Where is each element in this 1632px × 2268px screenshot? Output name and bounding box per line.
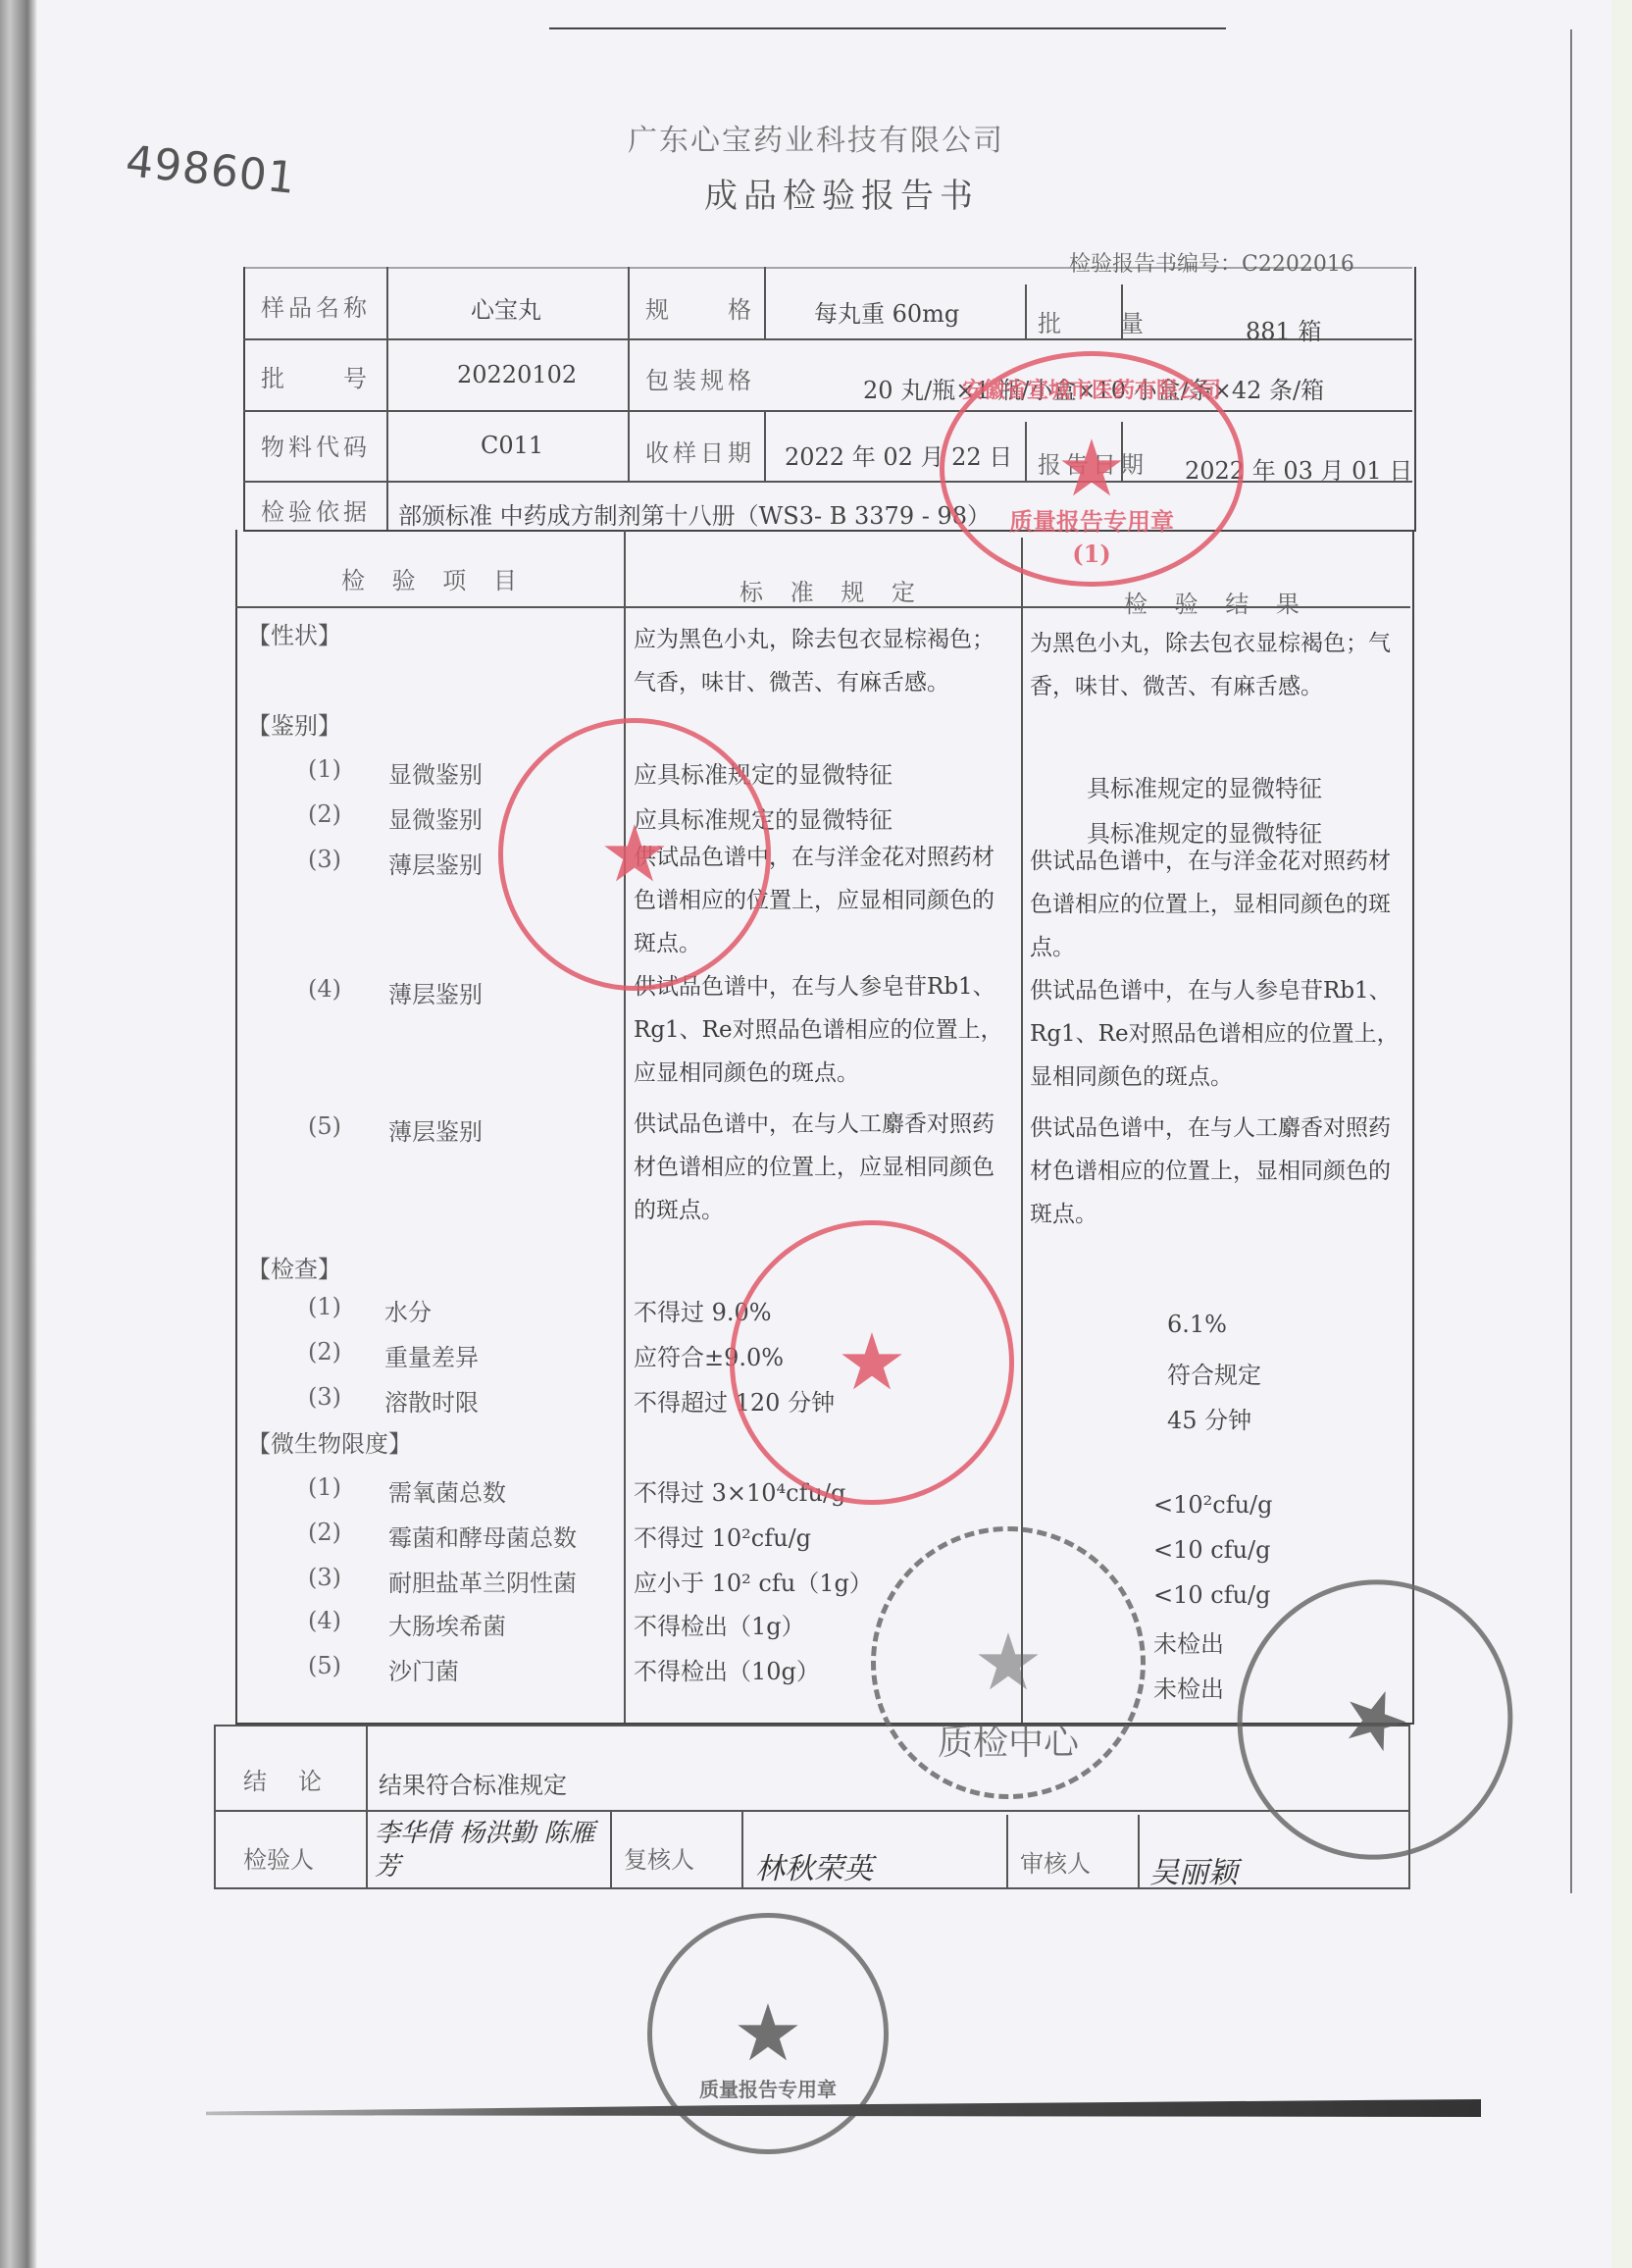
item-standard: 不得检出（1g） bbox=[634, 1607, 805, 1641]
item-number: (1) bbox=[308, 755, 341, 783]
item-number: (1) bbox=[308, 1473, 341, 1501]
approver-signature: 吴丽颖 bbox=[1149, 1848, 1238, 1891]
basis: 部颁标准 中药成方制剂第十八册（WS3- B 3379 - 98） bbox=[398, 496, 991, 531]
stamp-inspection-red-2: ★ bbox=[730, 1220, 1014, 1505]
col-header-result: 检 验 结 果 bbox=[1124, 585, 1309, 619]
divider bbox=[624, 530, 626, 1723]
divider bbox=[214, 1725, 1410, 1727]
document-title: 成品检验报告书 bbox=[704, 169, 979, 217]
scan-edge-right bbox=[1612, 0, 1632, 2268]
item-name: 薄层鉴别 bbox=[388, 975, 483, 1009]
item-name: 显微鉴别 bbox=[388, 755, 483, 790]
item-result: 符合规定 bbox=[1167, 1356, 1261, 1390]
spec-label: 规 格 bbox=[645, 290, 755, 325]
top-rule bbox=[549, 27, 1226, 29]
divider bbox=[366, 1725, 368, 1887]
divider bbox=[1006, 1815, 1008, 1887]
item-number: (5) bbox=[308, 1652, 341, 1679]
item-result: 未检出 bbox=[1153, 1670, 1224, 1704]
divider bbox=[386, 267, 388, 530]
handwritten-number: 498601 bbox=[124, 136, 298, 204]
right-rule bbox=[1570, 29, 1572, 1893]
item-standard: 供试品色谱中，在与人参皂苷Rb1、Rg1、Re对照品色谱相应的位置上，应显相同颜… bbox=[634, 965, 1014, 1095]
divider bbox=[764, 267, 766, 338]
inspector-label: 检验人 bbox=[243, 1840, 314, 1875]
quantity: 881 箱 bbox=[1246, 312, 1321, 346]
spec: 每丸重 60mg bbox=[814, 294, 959, 329]
item-number: (4) bbox=[308, 975, 341, 1003]
batch-label: 批 号 bbox=[261, 359, 371, 393]
star-icon: ★ bbox=[1329, 1671, 1422, 1769]
product-name-label: 样品名称 bbox=[261, 288, 371, 323]
item-name: 沙门菌 bbox=[388, 1652, 459, 1686]
basis-label: 检验依据 bbox=[261, 492, 371, 527]
divider bbox=[243, 338, 1412, 340]
item-name: 显微鉴别 bbox=[388, 800, 483, 835]
item-result: 未检出 bbox=[1153, 1624, 1224, 1659]
approver-label: 审核人 bbox=[1020, 1844, 1091, 1879]
conclusion-label: 结 论 bbox=[243, 1762, 326, 1796]
item-number: (3) bbox=[308, 1564, 341, 1591]
item-number: (3) bbox=[308, 846, 341, 873]
stamp-qc-center: ★ 质检中心 bbox=[871, 1526, 1146, 1799]
item-number: (2) bbox=[308, 1519, 341, 1546]
star-icon: ★ bbox=[973, 1624, 1044, 1702]
section-title: 【检查】 bbox=[247, 1250, 341, 1284]
item-standard: 供试品色谱中，在与人工麝香对照药材色谱相应的位置上，应显相同颜色的斑点。 bbox=[634, 1103, 1014, 1232]
item-number: (2) bbox=[308, 1338, 341, 1366]
material-code-label: 物料代码 bbox=[261, 428, 371, 462]
item-number: (3) bbox=[308, 1383, 341, 1411]
stamp-quality-report-red: ★ 安徽省宣城市医药有限公司 质量报告专用章 (1) bbox=[940, 351, 1244, 587]
star-icon: ★ bbox=[733, 1994, 803, 2073]
divider bbox=[628, 267, 630, 481]
divider bbox=[741, 1810, 743, 1887]
inspector-signature: 李华倩 杨洪勤 陈雁芳 bbox=[375, 1817, 600, 1883]
item-result: 供试品色谱中，在与人工麝香对照药材色谱相应的位置上，显相同颜色的斑点。 bbox=[1030, 1107, 1408, 1236]
item-name: 水分 bbox=[384, 1293, 432, 1327]
divider bbox=[243, 410, 1412, 412]
item-name: 需氧菌总数 bbox=[388, 1473, 506, 1508]
divider bbox=[243, 267, 1412, 269]
conclusion: 结果符合标准规定 bbox=[379, 1766, 567, 1800]
star-icon: ★ bbox=[837, 1323, 907, 1402]
section-title: 【性状】 bbox=[247, 616, 341, 650]
reviewer-signature: 林秋荣英 bbox=[755, 1844, 873, 1887]
item-name: 霉菌和酵母菌总数 bbox=[388, 1519, 577, 1553]
item-result: <10 cfu/g bbox=[1153, 1581, 1271, 1609]
section-title: 【微生物限度】 bbox=[247, 1424, 412, 1459]
divider bbox=[214, 1725, 216, 1887]
col-header-item: 检 验 项 目 bbox=[341, 561, 527, 595]
divider bbox=[1138, 1815, 1140, 1887]
scan-edge bbox=[0, 0, 37, 2268]
item-result: 45 分钟 bbox=[1167, 1401, 1251, 1435]
star-icon: ★ bbox=[599, 815, 670, 894]
item-result: 6.1% bbox=[1167, 1311, 1227, 1338]
item-name: 耐胆盐革兰阴性菌 bbox=[388, 1564, 577, 1598]
divider bbox=[214, 1810, 1410, 1812]
col-header-standard: 标 准 规 定 bbox=[739, 573, 925, 607]
divider bbox=[1025, 284, 1027, 338]
product-name: 心宝丸 bbox=[471, 290, 541, 325]
item-name: 薄层鉴别 bbox=[388, 1112, 483, 1147]
item-name: 大肠埃希菌 bbox=[388, 1607, 506, 1641]
quantity-label: 批 量 bbox=[1038, 304, 1147, 338]
item-number: (1) bbox=[308, 1293, 341, 1320]
item-number: (5) bbox=[308, 1112, 341, 1140]
material-code: C011 bbox=[481, 432, 543, 459]
item-standard: 应小于 10² cfu（1g） bbox=[634, 1564, 873, 1598]
item-name: 薄层鉴别 bbox=[388, 846, 483, 880]
sample-date-label: 收样日期 bbox=[645, 434, 755, 468]
divider bbox=[764, 410, 766, 481]
section-title: 【鉴别】 bbox=[247, 706, 341, 741]
divider bbox=[610, 1810, 612, 1887]
item-result: 供试品色谱中，在与人参皂苷Rb1、Rg1、Re对照品色谱相应的位置上，显相同颜色… bbox=[1030, 969, 1408, 1099]
item-standard: 不得过 10²cfu/g bbox=[634, 1519, 811, 1553]
item-standard: 应为黑色小丸，除去包衣显棕褐色；气香，味甘、微苦、有麻舌感。 bbox=[634, 618, 1014, 704]
reviewer-label: 复核人 bbox=[624, 1840, 694, 1875]
company-name: 广东心宝药业科技有限公司 bbox=[628, 116, 1004, 159]
item-number: (2) bbox=[308, 800, 341, 828]
stamp-quality-report-gray: ★ 质量报告专用章 bbox=[647, 1913, 889, 2154]
item-name: 溶散时限 bbox=[384, 1383, 479, 1417]
item-result: 为黑色小丸，除去包衣显棕褐色；气香，味甘、微苦、有麻舌感。 bbox=[1030, 622, 1408, 708]
stamp-inspection-red-1: ★ bbox=[498, 718, 771, 991]
item-result: <10²cfu/g bbox=[1153, 1491, 1273, 1519]
item-result: <10 cfu/g bbox=[1153, 1536, 1271, 1564]
item-result: 供试品色谱中，在与洋金花对照药材色谱相应的位置上，显相同颜色的斑点。 bbox=[1030, 840, 1408, 969]
item-result: 具标准规定的显微特征 bbox=[1087, 769, 1322, 803]
item-standard: 不得检出（10g） bbox=[634, 1652, 820, 1686]
star-icon: ★ bbox=[1056, 430, 1127, 508]
packaging-label: 包装规格 bbox=[645, 361, 755, 395]
item-number: (4) bbox=[308, 1607, 341, 1634]
batch: 20220102 bbox=[457, 361, 577, 388]
item-name: 重量差异 bbox=[384, 1338, 479, 1372]
